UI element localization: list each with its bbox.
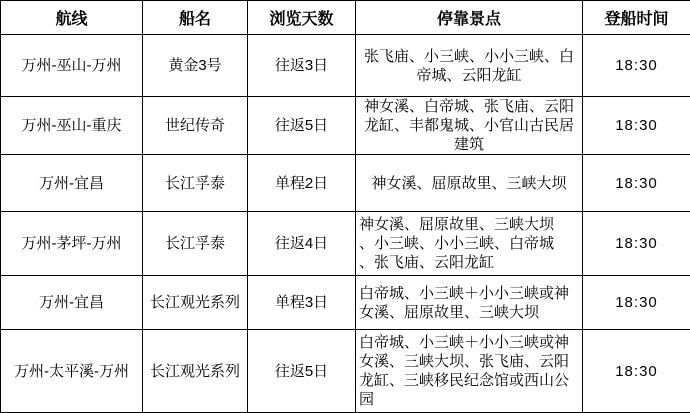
- header-attractions: 停靠景点: [356, 1, 583, 35]
- table-body: 万州-巫山-万州 黄金3号 往返3日 张飞庙、小三峡、小小三峡、白 帝城、云阳龙…: [1, 35, 690, 413]
- table-row: 万州-茅坪-万州 长江孚泰 往返4日 神女溪、屈原故里、三峡大坝 、小三峡、小小…: [1, 212, 690, 276]
- table-row: 万州-宜昌 长江观光系列 单程3日 白帝城、小三峡＋小小三峡或神 女溪、屈原故里…: [1, 276, 690, 330]
- days-cell: 往返4日: [248, 212, 356, 276]
- header-route: 航线: [1, 1, 143, 35]
- cruise-schedule-table: 航线 船名 浏览天数 停靠景点 登船时间 万州-巫山-万州 黄金3号 往返3日 …: [0, 0, 690, 413]
- boarding-time-cell: 18:30: [583, 276, 690, 330]
- days-cell: 往返5日: [248, 97, 356, 155]
- table-row: 万州-巫山-重庆 世纪传奇 往返5日 神女溪、白帝城、张飞庙、云阳 龙缸、丰都鬼…: [1, 97, 690, 155]
- boarding-time-cell: 18:30: [583, 97, 690, 155]
- attractions-cell: 神女溪、屈原故里、三峡大坝 、小三峡、小小三峡、白帝城 、张飞庙、云阳龙缸: [356, 212, 583, 276]
- ship-cell: 长江观光系列: [143, 276, 248, 330]
- days-cell: 单程2日: [248, 155, 356, 212]
- ship-cell: 世纪传奇: [143, 97, 248, 155]
- boarding-time-cell: 18:30: [583, 155, 690, 212]
- table-row: 万州-宜昌 长江孚泰 单程2日 神女溪、屈原故里、三峡大坝 18:30: [1, 155, 690, 212]
- ship-cell: 长江观光系列: [143, 330, 248, 413]
- boarding-time-cell: 18:30: [583, 330, 690, 413]
- attractions-cell: 神女溪、白帝城、张飞庙、云阳 龙缸、丰都鬼城、小官山古民居 建筑: [356, 97, 583, 155]
- attractions-cell: 神女溪、屈原故里、三峡大坝: [356, 155, 583, 212]
- boarding-time-cell: 18:30: [583, 212, 690, 276]
- days-cell: 单程3日: [248, 276, 356, 330]
- header-row: 航线 船名 浏览天数 停靠景点 登船时间: [1, 1, 690, 35]
- route-cell: 万州-宜昌: [1, 155, 143, 212]
- header-days: 浏览天数: [248, 1, 356, 35]
- table-row: 万州-太平溪-万州 长江观光系列 往返5日 白帝城、小三峡＋小小三峡或神 女溪、…: [1, 330, 690, 413]
- route-cell: 万州-巫山-重庆: [1, 97, 143, 155]
- table-row: 万州-巫山-万州 黄金3号 往返3日 张飞庙、小三峡、小小三峡、白 帝城、云阳龙…: [1, 35, 690, 97]
- days-cell: 往返3日: [248, 35, 356, 97]
- ship-cell: 长江孚泰: [143, 212, 248, 276]
- attractions-cell: 白帝城、小三峡＋小小三峡或神 女溪、屈原故里、三峡大坝: [356, 276, 583, 330]
- route-cell: 万州-茅坪-万州: [1, 212, 143, 276]
- attractions-cell: 白帝城、小三峡＋小小三峡或神 女溪、三峡大坝、张飞庙、云阳 龙缸、三峡移民纪念馆…: [356, 330, 583, 413]
- header-ship: 船名: [143, 1, 248, 35]
- boarding-time-cell: 18:30: [583, 35, 690, 97]
- ship-cell: 长江孚泰: [143, 155, 248, 212]
- route-cell: 万州-太平溪-万州: [1, 330, 143, 413]
- route-cell: 万州-巫山-万州: [1, 35, 143, 97]
- attractions-cell: 张飞庙、小三峡、小小三峡、白 帝城、云阳龙缸: [356, 35, 583, 97]
- route-cell: 万州-宜昌: [1, 276, 143, 330]
- table-header: 航线 船名 浏览天数 停靠景点 登船时间: [1, 1, 690, 35]
- header-boarding-time: 登船时间: [583, 1, 690, 35]
- days-cell: 往返5日: [248, 330, 356, 413]
- ship-cell: 黄金3号: [143, 35, 248, 97]
